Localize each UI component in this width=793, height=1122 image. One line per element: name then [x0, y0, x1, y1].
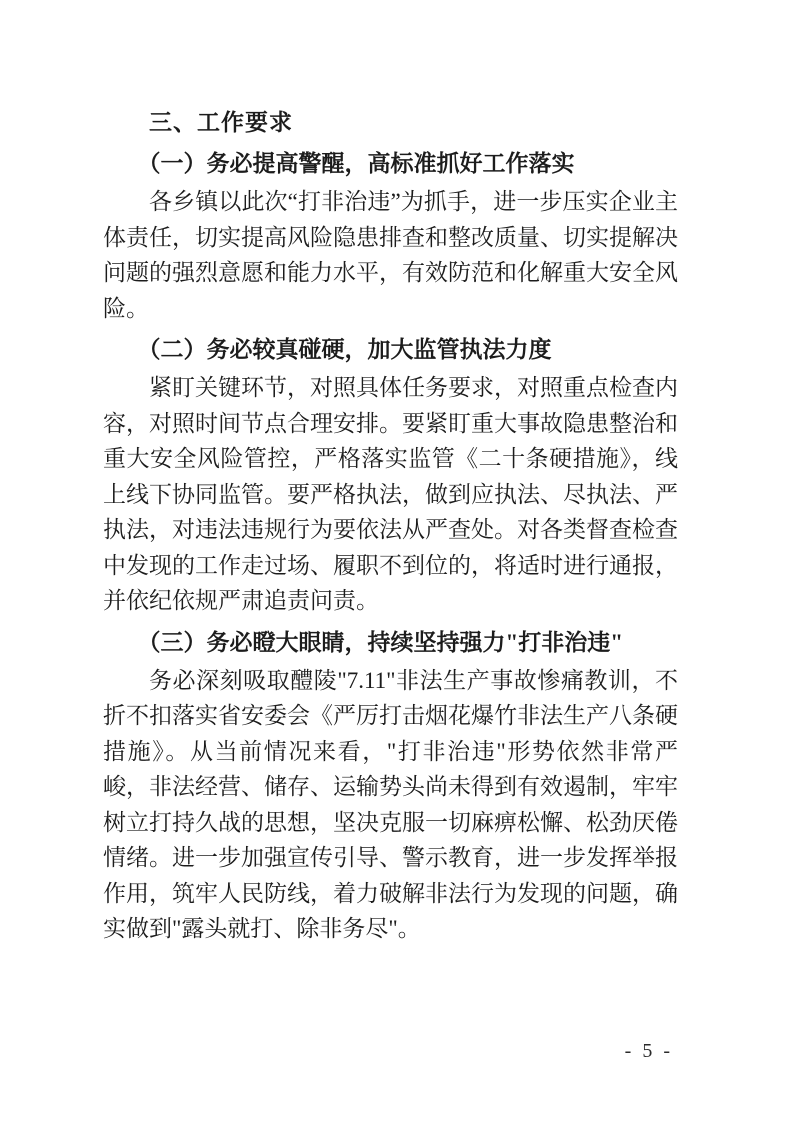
subsection-body-3: 务必深刻吸取醴陵"7.11"非法生产事故惨痛教训，不折不扣落实省安委会《严厉打击… [103, 663, 678, 947]
section-title: 三、工作要求 [103, 104, 678, 140]
document-page: 三、工作要求 （一）务必提高警醒，高标准抓好工作落实 各乡镇以此次“打非治违”为… [0, 0, 793, 1122]
subsection-heading-2: （二）务必较真碰硬，加大监管执法力度 [103, 332, 678, 368]
subsection-heading-3: （三）务必瞪大眼睛，持续坚持强力"打非治违" [103, 625, 678, 661]
page-number: - 5 - [625, 1040, 673, 1063]
subsection-heading-1: （一）务必提高警醒，高标准抓好工作落实 [103, 146, 678, 182]
subsection-body-1: 各乡镇以此次“打非治违”为抓手，进一步压实企业主体责任，切实提高风险隐患排查和整… [103, 184, 678, 326]
document-content: 三、工作要求 （一）务必提高警醒，高标准抓好工作落实 各乡镇以此次“打非治违”为… [103, 104, 678, 947]
subsection-body-2: 紧盯关键环节，对照具体任务要求，对照重点检查内容，对照时间节点合理安排。要紧盯重… [103, 370, 678, 619]
